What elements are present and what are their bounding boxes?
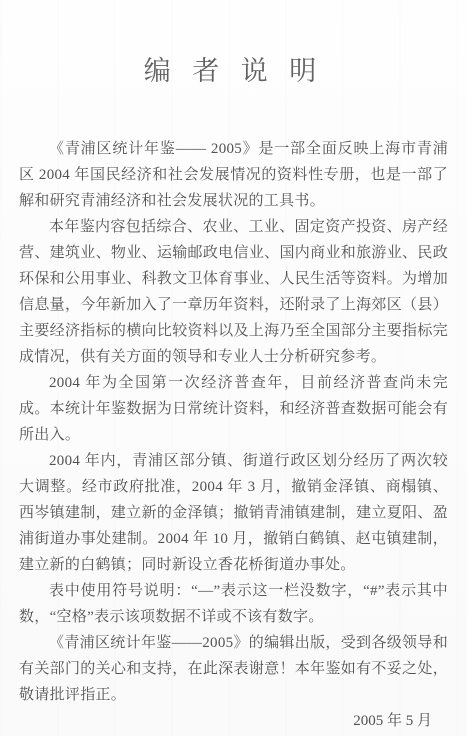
- page-title: 编 者 说 明: [19, 56, 448, 86]
- paragraph-symbol-notes: 表中使用符号说明：“—”表示这一栏没数字，“#”表示其中数，“空格”表示该项数据…: [19, 578, 448, 630]
- paragraph-contents: 本年鉴内容包括综合、农业、工业、固定资产投资、房产经营、建筑业、物业、运输邮政电…: [19, 214, 448, 370]
- paragraph-economic-census: 2004 年为全国第一次经济普查年，目前经济普查尚未完成。本统计年鉴数据为日常统…: [19, 370, 448, 448]
- paragraph-administrative-changes: 2004 年内，青浦区部分镇、街道行政区划分经历了两次较大调整。经市政府批准，2…: [19, 448, 448, 578]
- publication-date: 2005 年 5 月: [19, 708, 448, 734]
- document-body: 《青浦区统计年鉴—— 2005》是一部全面反映上海市青浦区 2004 年国民经济…: [19, 136, 448, 708]
- scanned-document-page: 编 者 说 明 《青浦区统计年鉴—— 2005》是一部全面反映上海市青浦区 20…: [0, 0, 467, 736]
- paragraph-intro: 《青浦区统计年鉴—— 2005》是一部全面反映上海市青浦区 2004 年国民经济…: [19, 136, 448, 214]
- paragraph-acknowledgement: 《青浦区统计年鉴——2005》的编辑出版，受到各级领导和有关部门的关心和支持，在…: [19, 630, 448, 708]
